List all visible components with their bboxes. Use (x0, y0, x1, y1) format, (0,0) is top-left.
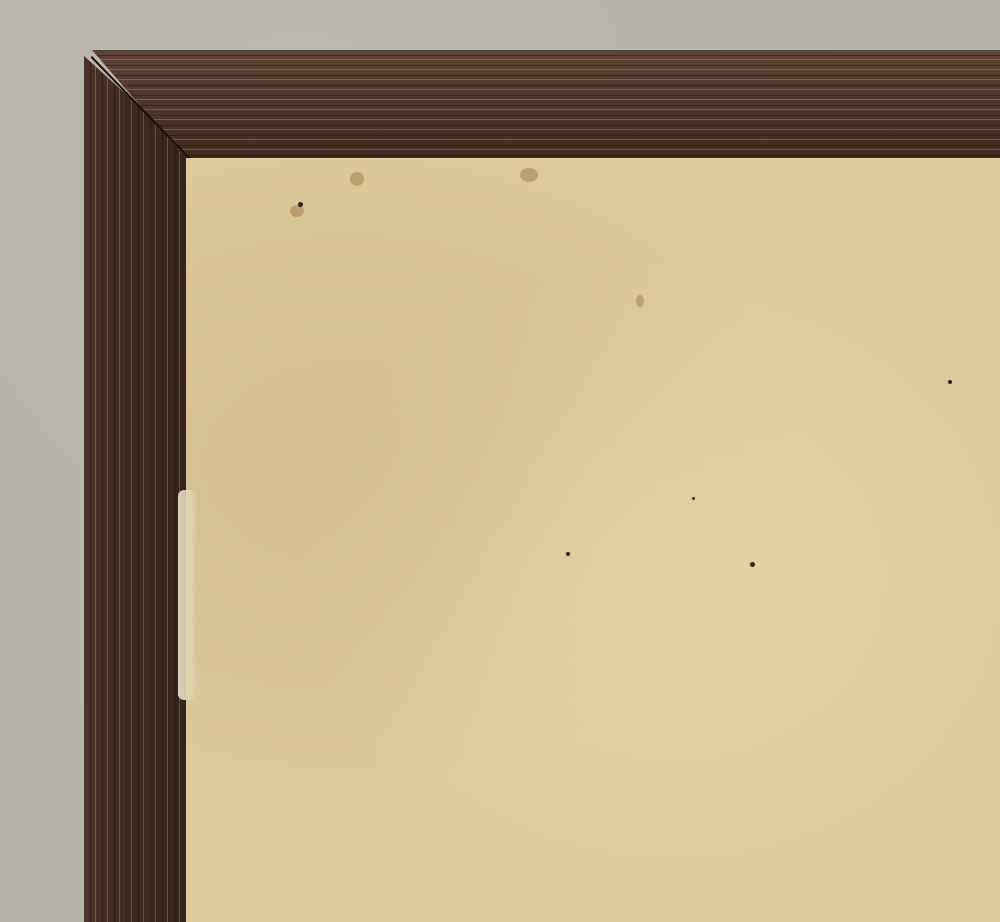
paper-stain (290, 205, 304, 217)
paper-stain (520, 168, 538, 182)
paper-spot (566, 552, 570, 556)
paper-spot (692, 497, 695, 500)
paper-stain (636, 295, 644, 307)
paper-spot (948, 380, 952, 384)
photo-scene (0, 0, 1000, 922)
aged-backing-paper (186, 158, 1000, 922)
paper-spot (750, 562, 755, 567)
torn-paper-edge (178, 490, 196, 700)
paper-stain (350, 172, 364, 186)
paper-spot (298, 202, 303, 207)
frame-top-rail (92, 50, 1000, 166)
frame-left-rail (84, 56, 194, 922)
